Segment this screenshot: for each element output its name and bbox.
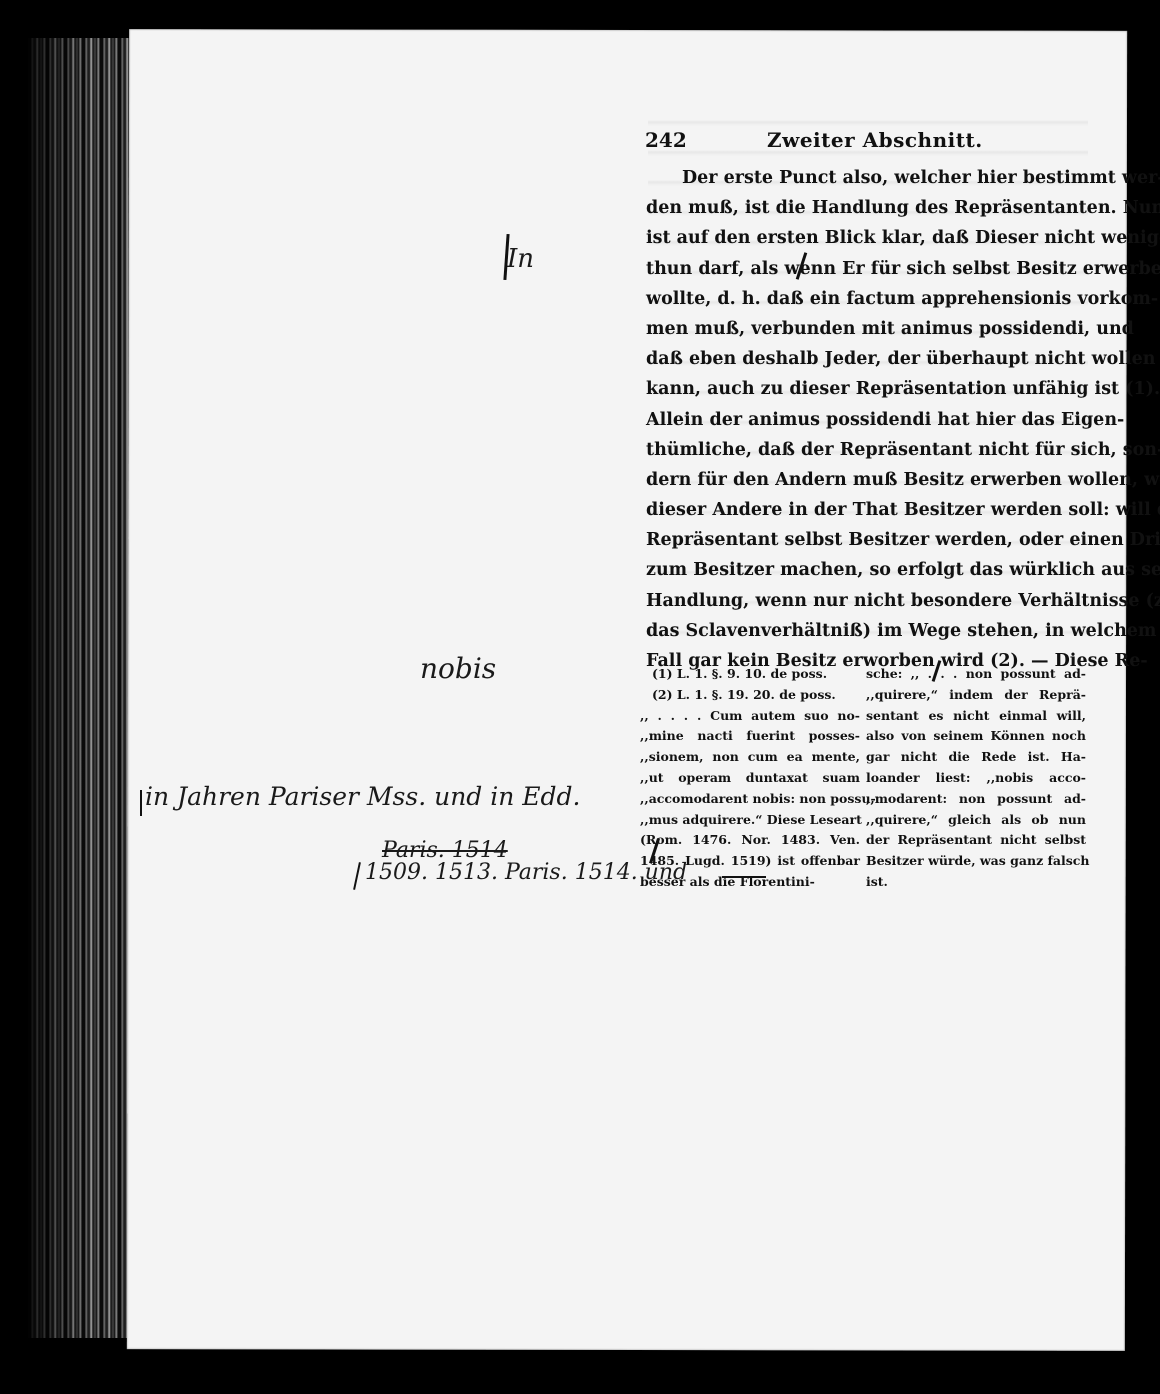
body-line: Allein der animus possidendi hat hier da… [646, 405, 1086, 435]
footnote-line: ,,mine nacti fuerint posses- [640, 726, 860, 747]
body-line: Der erste Punct also, welcher hier besti… [646, 163, 1086, 193]
handwritten-note-line3: 1509. 1513. Paris. 1514. und [365, 860, 687, 885]
running-title: Zweiter Abschnitt. [767, 128, 983, 152]
footnote-line: (Rom. 1476. Nor. 1483. Ven. [640, 830, 860, 851]
footnote-line: gar nicht die Rede ist. Ha- [866, 747, 1086, 768]
body-line: thümliche, daß der Repräsentant nicht fü… [646, 435, 1086, 465]
body-line: kann, auch zu dieser Repräsentation unfä… [646, 374, 1086, 404]
footnotes-left-column: (1) L. 1. §. 9. 10. de poss. (2) L. 1. §… [640, 664, 860, 893]
body-line: Handlung, wenn nur nicht besondere Verhä… [646, 586, 1086, 616]
footnote-line: ,,mus adquirere.“ Diese Leseart [640, 810, 860, 831]
body-line: daß eben deshalb Jeder, der überhaupt ni… [646, 344, 1086, 374]
footnotes-right-column: sche: ,, . . . non possunt ad- ,,quirere… [866, 664, 1086, 893]
footnote-line: ,,quirere,“ indem der Reprä- [866, 685, 1086, 706]
body-line: dieser Andere in der That Besitzer werde… [646, 495, 1086, 525]
body-text: Der erste Punct also, welcher hier besti… [646, 163, 1086, 676]
footnote-line: ,,ut operam duntaxat suam [640, 768, 860, 789]
footnote-line: (1) L. 1. §. 9. 10. de poss. [640, 664, 860, 685]
handwritten-note-line1: in Jahren Pariser Mss. und in Edd. [145, 782, 581, 811]
page-header: 242 Zweiter Abschnitt. [645, 128, 1085, 158]
footnote-line: sentant es nicht einmal will, [866, 706, 1086, 727]
footnote-line: ,,modarent: non possunt ad- [866, 789, 1086, 810]
footnote-line: Besitzer würde, was ganz falsch [866, 851, 1086, 872]
footnote-line: ,,accomodarent nobis: non possu- [640, 789, 860, 810]
body-line: dern für den Andern muß Besitz erwerben … [646, 465, 1086, 495]
footnote-line: ,, . . . . Cum autem suo no- [640, 706, 860, 727]
footnote-line: ist. [866, 872, 1086, 893]
footnote-line: der Repräsentant nicht selbst [866, 830, 1086, 851]
body-line: wollte, d. h. daß ein factum apprehensio… [646, 284, 1086, 314]
body-line: das Sclavenverhältniß) im Wege stehen, i… [646, 616, 1086, 646]
body-line: ist auf den ersten Blick klar, daß Diese… [646, 223, 1086, 253]
body-line: zum Besitzer machen, so erfolgt das würk… [646, 555, 1086, 585]
footnote-line: ,,quirere,“ gleich als ob nun [866, 810, 1086, 831]
handwritten-margin-nobis: nobis [420, 652, 496, 685]
body-line: Repräsentant selbst Besitzer werden, ode… [646, 525, 1086, 555]
page-number: 242 [645, 128, 687, 152]
bracket-mark-note1 [140, 790, 142, 816]
footnote-line: ,,sionem, non cum ea mente, [640, 747, 860, 768]
handwritten-margin-in: In [507, 244, 534, 274]
footnote-line: also von seinem Können noch [866, 726, 1086, 747]
body-line: thun darf, als wenn Er für sich selbst B… [646, 254, 1086, 284]
footnote-line: loander liest: ,,nobis acco- [866, 768, 1086, 789]
body-line: den muß, ist die Handlung des Repräsenta… [646, 193, 1086, 223]
book-fore-edge-shadow [28, 38, 88, 1338]
footnote-line: sche: ,, . . . non possunt ad- [866, 664, 1086, 685]
footnote-line: (2) L. 1. §. 19. 20. de poss. [640, 685, 860, 706]
body-line: men muß, verbunden mit animus possidendi… [646, 314, 1086, 344]
strikeout-lugd-year [722, 876, 766, 878]
